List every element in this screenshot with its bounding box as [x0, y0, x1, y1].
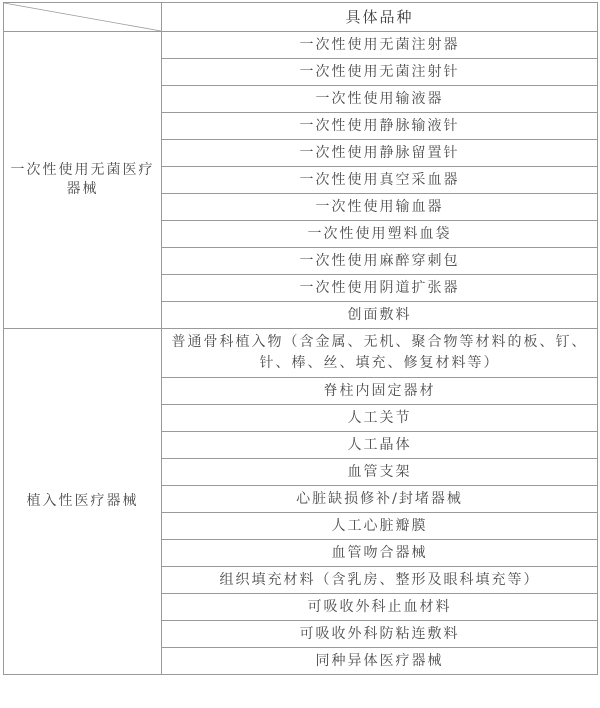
item-cell: 可吸收外科止血材料 [162, 594, 598, 621]
document-page: 具体品种 一次性使用无菌医疗器械 一次性使用无菌注射器 一次性使用无菌注射针 一… [0, 0, 600, 708]
item-cell: 组织填充材料（含乳房、整形及眼科填充等） [162, 567, 598, 594]
item-cell: 创面敷料 [162, 302, 598, 329]
item-cell: 一次性使用无菌注射器 [162, 32, 598, 59]
item-cell: 一次性使用静脉留置针 [162, 140, 598, 167]
item-cell: 血管支架 [162, 459, 598, 486]
column-header-specific-varieties: 具体品种 [162, 3, 598, 32]
item-cell: 一次性使用输血器 [162, 194, 598, 221]
item-cell: 一次性使用无菌注射针 [162, 59, 598, 86]
item-cell: 同种异体医疗器械 [162, 648, 598, 675]
item-cell: 一次性使用塑料血袋 [162, 221, 598, 248]
item-cell: 一次性使用麻醉穿刺包 [162, 248, 598, 275]
diagonal-line-icon [4, 3, 161, 31]
item-cell: 人工心脏瓣膜 [162, 513, 598, 540]
table-row: 一次性使用无菌医疗器械 一次性使用无菌注射器 [4, 32, 598, 59]
item-cell: 人工关节 [162, 405, 598, 432]
table-row: 植入性医疗器械 普通骨科植入物（含金属、无机、聚合物等材料的板、钉、针、棒、丝、… [4, 329, 598, 378]
item-cell: 脊柱内固定器材 [162, 378, 598, 405]
category-cell-implantable: 植入性医疗器械 [4, 329, 162, 675]
item-cell: 一次性使用静脉输液针 [162, 113, 598, 140]
item-cell: 一次性使用阴道扩张器 [162, 275, 598, 302]
medical-device-table: 具体品种 一次性使用无菌医疗器械 一次性使用无菌注射器 一次性使用无菌注射针 一… [3, 2, 598, 675]
item-cell: 人工晶体 [162, 432, 598, 459]
item-cell: 一次性使用输液器 [162, 86, 598, 113]
item-cell: 普通骨科植入物（含金属、无机、聚合物等材料的板、钉、针、棒、丝、填充、修复材料等… [162, 329, 598, 378]
category-cell-sterile-disposable: 一次性使用无菌医疗器械 [4, 32, 162, 329]
item-cell: 心脏缺损修补/封堵器械 [162, 486, 598, 513]
diagonal-corner-cell [4, 3, 162, 32]
item-cell: 血管吻合器械 [162, 540, 598, 567]
item-cell: 一次性使用真空采血器 [162, 167, 598, 194]
item-cell: 可吸收外科防粘连敷料 [162, 621, 598, 648]
header-row: 具体品种 [4, 3, 598, 32]
